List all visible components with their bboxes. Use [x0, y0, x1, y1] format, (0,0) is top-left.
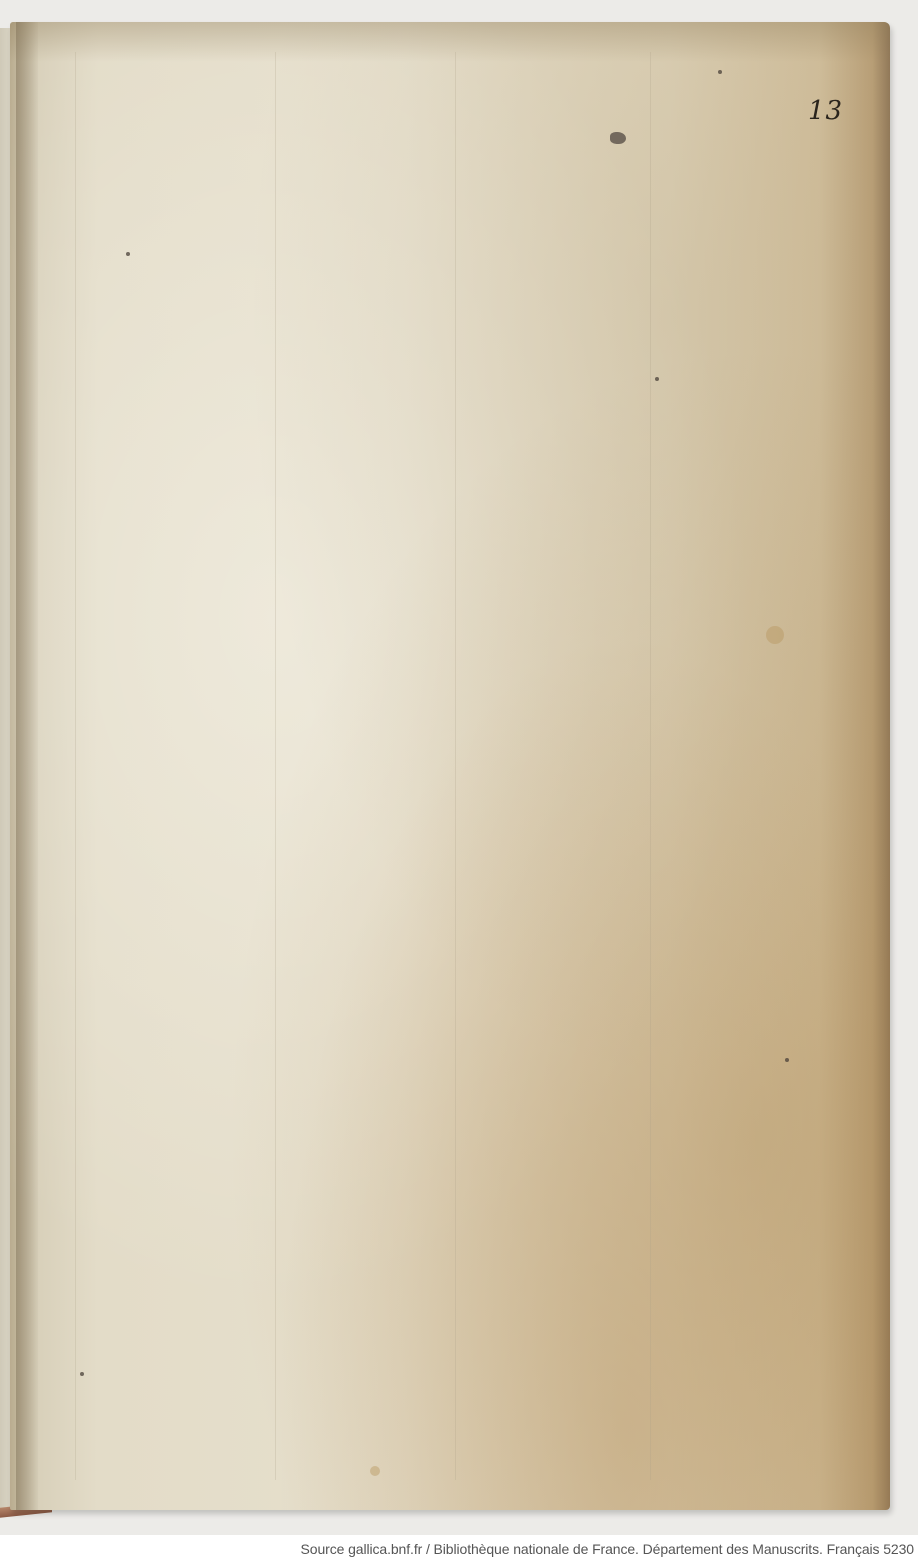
scan-area: 13	[0, 0, 918, 1535]
folio-number: 13	[808, 96, 843, 126]
ink-blot	[610, 132, 626, 144]
ink-speck	[80, 1372, 84, 1376]
ink-speck	[785, 1058, 789, 1062]
ruling-line	[275, 52, 276, 1480]
ink-speck	[718, 70, 722, 74]
foxing-stain	[766, 626, 784, 644]
ink-speck	[126, 252, 130, 256]
ruling-line	[650, 52, 651, 1480]
gutter-shadow	[16, 22, 38, 1510]
ink-speck	[655, 377, 659, 381]
foxing-stain	[370, 1466, 380, 1476]
manuscript-page: 13	[10, 22, 890, 1510]
ruling-line	[455, 52, 456, 1480]
source-caption: Source gallica.bnf.fr / Bibliothèque nat…	[301, 1541, 914, 1557]
ruling-line	[75, 52, 76, 1480]
